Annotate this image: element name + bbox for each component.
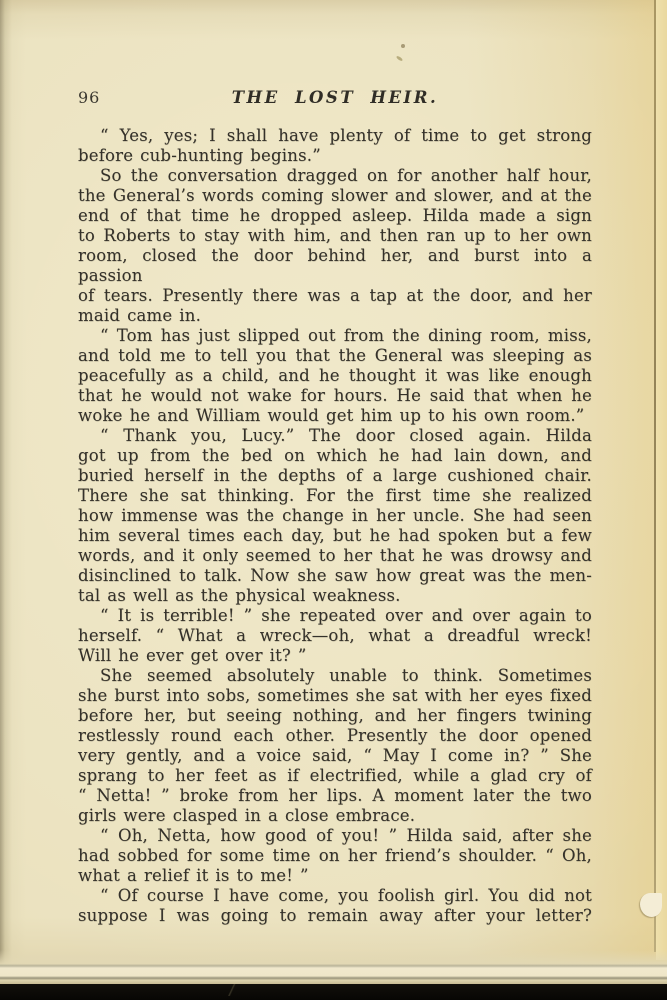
text-line: and told me to tell you that the General… (78, 346, 592, 366)
paper-speck (401, 44, 405, 48)
text-line: what a relief it is to me! ” (78, 866, 592, 886)
text-line: had sobbed for some time on her friend’s… (78, 846, 592, 866)
text-line: “ Oh, Netta, how good of you! ” Hilda sa… (78, 826, 592, 846)
book-page: 96 THE LOST HEIR. “ Yes, yes; I shall ha… (0, 0, 667, 986)
text-line: before cub-hunting begins.” (78, 146, 592, 166)
text-line: to Roberts to stay with him, and then ra… (78, 226, 592, 246)
text-line: restlessly round each other. Presently t… (78, 726, 592, 746)
text-line: tal as well as the physical weakness. (78, 586, 592, 606)
scan-background-strip (0, 984, 667, 1000)
text-line: room, closed the door behind her, and bu… (78, 246, 592, 286)
text-line: woke he and William would get him up to … (78, 406, 592, 426)
page-number: 96 (78, 88, 100, 107)
text-line: sprang to her feet as if electrified, wh… (78, 766, 592, 786)
text-line: Will he ever get over it? ” (78, 646, 592, 666)
text-line: “ Netta! ” broke from her lips. A moment… (78, 786, 592, 806)
text-line: “ Of course I have come, you foolish gir… (78, 886, 592, 906)
text-line: how immense was the change in her uncle.… (78, 506, 592, 526)
text-line: she burst into sobs, sometimes she sat w… (78, 686, 592, 706)
page-stack-bottom-edge (0, 950, 667, 986)
text-line: There she sat thinking. For the first ti… (78, 486, 592, 506)
text-line: him several times each day, but he had s… (78, 526, 592, 546)
text-line: peacefully as a child, and he thought it… (78, 366, 592, 386)
text-line: “ Yes, yes; I shall have plenty of time … (78, 126, 592, 146)
text-line: So the conversation dragged on for anoth… (78, 166, 592, 186)
text-line: very gently, and a voice said, “ May I c… (78, 746, 592, 766)
book-cover-notch (225, 984, 239, 996)
text-line: “ Tom has just slipped out from the dini… (78, 326, 592, 346)
text-line: end of that time he dropped asleep. Hild… (78, 206, 592, 226)
text-line: disinclined to talk. Now she saw how gre… (78, 566, 592, 586)
page-header: 96 THE LOST HEIR. (78, 88, 592, 108)
text-line: She seemed absolutely unable to think. S… (78, 666, 592, 686)
text-line: got up from the bed on which he had lain… (78, 446, 592, 466)
text-line: maid came in. (78, 306, 592, 326)
page-body: “ Yes, yes; I shall have plenty of time … (78, 126, 592, 926)
page-right-edge (656, 0, 667, 960)
text-line: of tears. Presently there was a tap at t… (78, 286, 592, 306)
text-line: that he would not wake for hours. He sai… (78, 386, 592, 406)
text-line: words, and it only seemed to her that he… (78, 546, 592, 566)
running-title: THE LOST HEIR. (78, 88, 592, 107)
text-line: the General’s words coming slower and sl… (78, 186, 592, 206)
text-line: “ It is terrible! ” she repeated over an… (78, 606, 592, 626)
text-line: herself. “ What a wreck—oh, what a dread… (78, 626, 592, 646)
text-line: girls were clasped in a close embrace. (78, 806, 592, 826)
book-scan: 96 THE LOST HEIR. “ Yes, yes; I shall ha… (0, 0, 667, 1000)
page-edge-chip (640, 893, 662, 917)
text-line: before her, but seeing nothing, and her … (78, 706, 592, 726)
text-line: buried herself in the depths of a large … (78, 466, 592, 486)
paper-speck (396, 55, 403, 61)
printed-area: 96 THE LOST HEIR. “ Yes, yes; I shall ha… (78, 88, 592, 926)
text-line: “ Thank you, Lucy.” The door closed agai… (78, 426, 592, 446)
text-line: suppose I was going to remain away after… (78, 906, 592, 926)
